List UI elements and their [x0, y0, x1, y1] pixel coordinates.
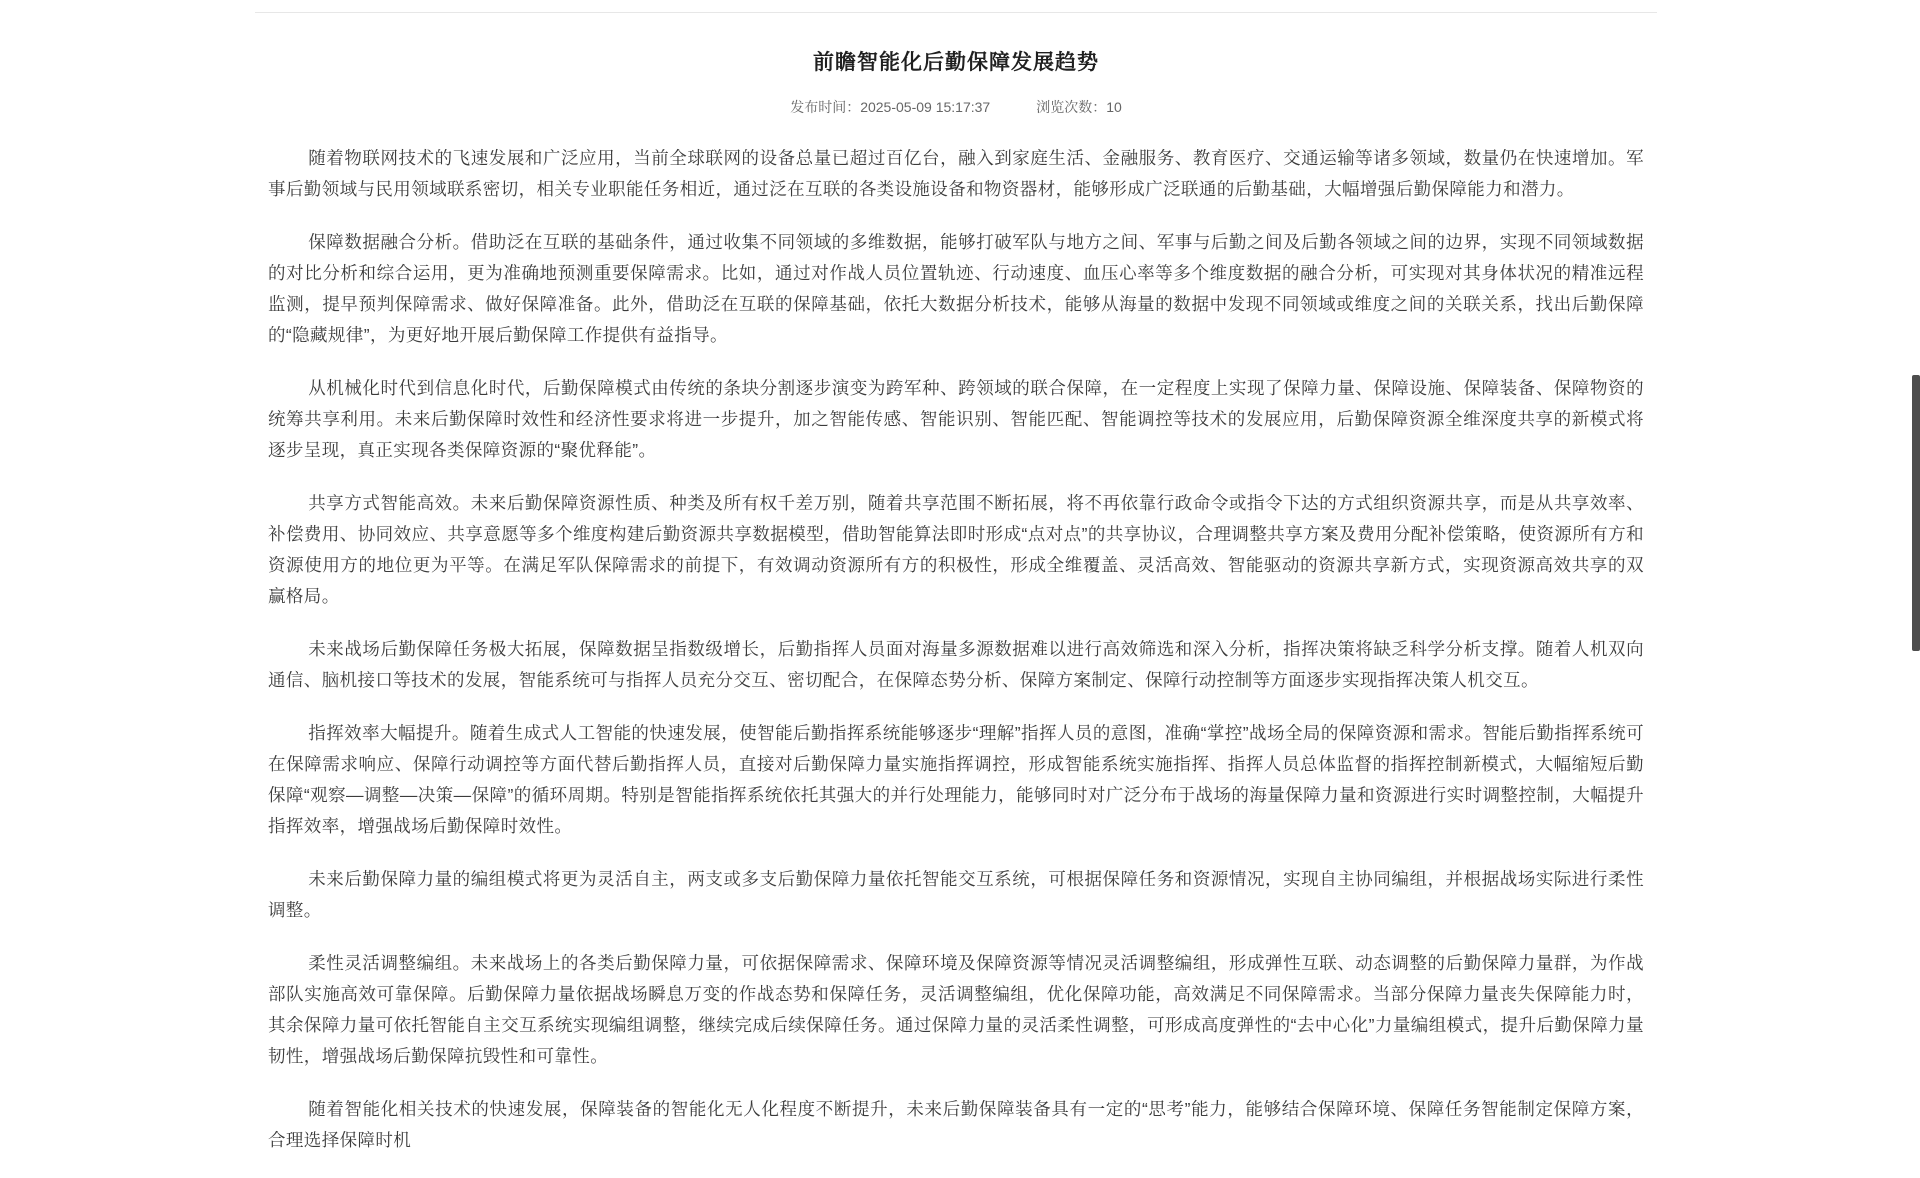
- publish-time-value: 2025-05-09 15:17:37: [860, 99, 990, 115]
- article-paragraph: 未来战场后勤保障任务极大拓展，保障数据呈指数级增长，后勤指挥人员面对海量多源数据…: [268, 634, 1644, 696]
- publish-time: 发布时间：2025-05-09 15:17:37: [790, 97, 990, 117]
- view-count-value: 10: [1106, 99, 1122, 115]
- article-paragraph: 随着物联网技术的飞速发展和广泛应用，当前全球联网的设备总量已超过百亿台，融入到家…: [268, 143, 1644, 205]
- article-paragraph: 柔性灵活调整编组。未来战场上的各类后勤保障力量，可依据保障需求、保障环境及保障资…: [268, 948, 1644, 991]
- article-paragraph: 未来后勤保障力量的编组模式将更为灵活自主，两支或多支后勤保障力量依托智能交互系统…: [268, 864, 1644, 926]
- page-title: 前瞻智能化后勤保障发展趋势: [255, 49, 1657, 77]
- article-paragraph: 指挥效率大幅提升。随着生成式人工智能的快速发展，使智能后勤指挥系统能够逐步“理解…: [268, 718, 1644, 842]
- view-count-label: 浏览次数：: [1036, 99, 1106, 115]
- scrollbar-track[interactable]: [1912, 0, 1920, 991]
- article-body: 随着物联网技术的飞速发展和广泛应用，当前全球联网的设备总量已超过百亿台，融入到家…: [268, 143, 1644, 991]
- article-paragraph: 共享方式智能高效。未来后勤保障资源性质、种类及所有权千差万别，随着共享范围不断拓…: [268, 488, 1644, 612]
- view-count: 浏览次数：10: [1036, 97, 1122, 117]
- scrollbar-thumb[interactable]: [1912, 375, 1920, 651]
- publish-time-label: 发布时间：: [790, 99, 860, 115]
- article-meta-row: 发布时间：2025-05-09 15:17:37 浏览次数：10: [255, 97, 1657, 117]
- article-page-container: 前瞻智能化后勤保障发展趋势 发布时间：2025-05-09 15:17:37 浏…: [255, 12, 1657, 991]
- article-paragraph: 从机械化时代到信息化时代，后勤保障模式由传统的条块分割逐步演变为跨军种、跨领域的…: [268, 373, 1644, 466]
- article-paragraph: 保障数据融合分析。借助泛在互联的基础条件，通过收集不同领域的多维数据，能够打破军…: [268, 227, 1644, 351]
